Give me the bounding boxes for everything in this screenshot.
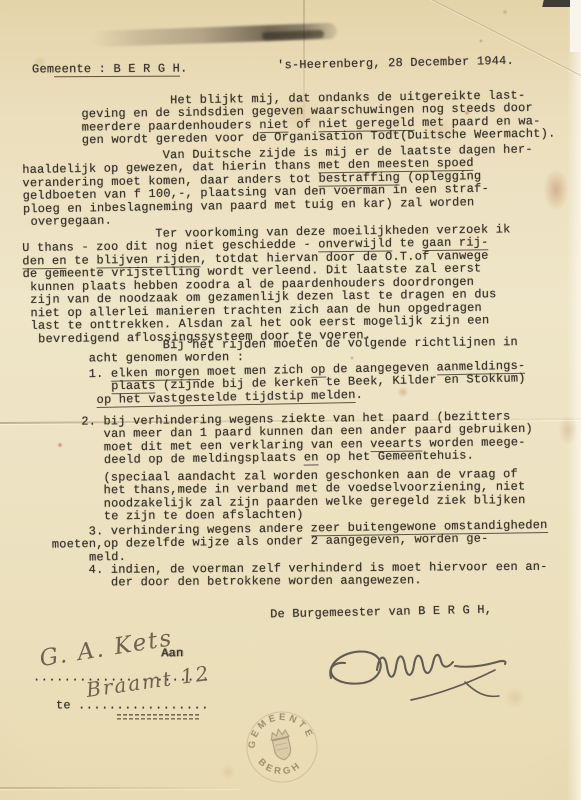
directive-note: (speciaal aandacht zal worden geschonken… bbox=[22, 468, 526, 524]
directive-item-3: 3. verhindering wegens andere zeer buite… bbox=[22, 519, 548, 565]
date-line: 's-Heerenberg, 28 December 1944. bbox=[277, 54, 514, 72]
sender-line: Gemeente : B E R G H. bbox=[32, 62, 188, 76]
typed-line: te bbox=[56, 699, 71, 712]
typed-strikeout-marks bbox=[117, 713, 201, 720]
typed-line: Gemeente : B E R G H. bbox=[32, 63, 188, 77]
typed-line: ................. bbox=[78, 699, 209, 712]
municipal-stamp: GEMEENTE BERGH bbox=[235, 700, 330, 795]
paragraph-1: Het blijkt mij, dat ondanks de uitgereik… bbox=[22, 89, 556, 148]
scanned-letter: Gemeente : B E R G H. 's-Heerenberg, 28 … bbox=[0, 0, 581, 800]
stamp-coat-of-arms bbox=[269, 728, 293, 762]
handwritten-name: G. A. Kets bbox=[38, 625, 175, 672]
scan-edge-white bbox=[570, 0, 581, 52]
directive-item-4: 4. indien, de voerman zelf verhinderd is… bbox=[22, 560, 548, 590]
fold-crease-bottom bbox=[0, 787, 240, 789]
paragraph-3: Ter voorkoming van deze moeilijkheden ve… bbox=[22, 223, 512, 346]
typed-line: 's-Heerenberg, 28 December 1944. bbox=[277, 55, 514, 73]
typed-line: De Burgemeester van B E R G H, bbox=[270, 604, 492, 622]
place-label: te bbox=[56, 699, 71, 712]
closing-line: De Burgemeester van B E R G H, bbox=[270, 603, 492, 621]
handwritten-address: Braamt 12 bbox=[85, 661, 212, 702]
mayor-signature bbox=[315, 638, 515, 718]
fold-crease-diagonal bbox=[419, 0, 581, 85]
directive-item-2: 2. bij verhindering wegens ziekte van he… bbox=[22, 410, 533, 468]
dotted-line-place: ................. bbox=[78, 699, 209, 712]
directive-item-1: 1. elken morgen moet men zich op de aang… bbox=[22, 359, 526, 408]
paragraph-2: Van Duitsche zijde is mij er de laatste … bbox=[22, 143, 534, 229]
